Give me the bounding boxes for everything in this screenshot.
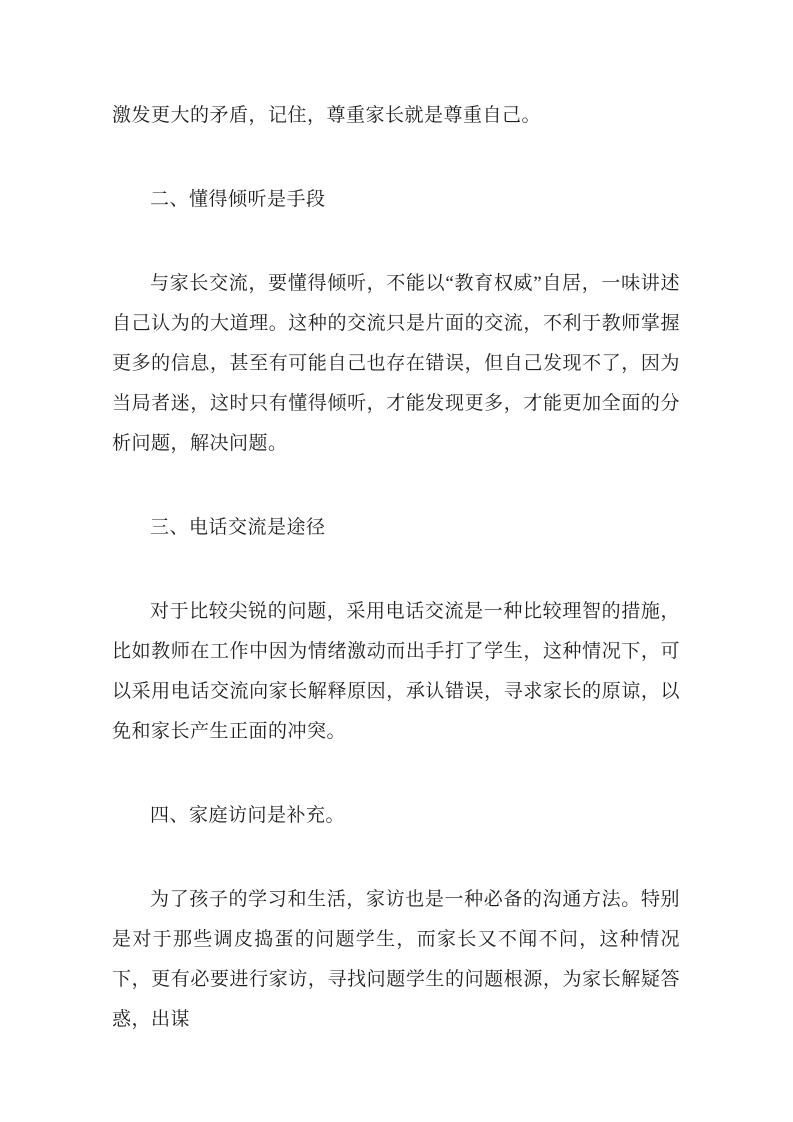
paragraph-continuation: 激发更大的矛盾，记住，尊重家长就是尊重自己。	[112, 96, 680, 136]
paragraph-home-visit: 为了孩子的学习和生活，家访也是一种必备的沟通方法。特别是对于那些调皮捣蛋的问题学…	[112, 880, 680, 1040]
paragraph-listening: 与家长交流，要懂得倾听，不能以“教育权威”自居，一味讲述自己认为的大道理。这种的…	[112, 264, 680, 464]
section-heading-listening: 二、懂得倾听是手段	[112, 180, 680, 220]
section-heading-phone: 三、电话交流是途径	[112, 508, 680, 548]
paragraph-phone: 对于比较尖锐的问题，采用电话交流是一种比较理智的措施，比如教师在工作中因为情绪激…	[112, 592, 680, 752]
section-heading-home-visit: 四、家庭访问是补充。	[112, 796, 680, 836]
document-page: 激发更大的矛盾，记住，尊重家长就是尊重自己。 二、懂得倾听是手段 与家长交流，要…	[0, 0, 793, 1122]
document-body: 激发更大的矛盾，记住，尊重家长就是尊重自己。 二、懂得倾听是手段 与家长交流，要…	[112, 96, 680, 1040]
